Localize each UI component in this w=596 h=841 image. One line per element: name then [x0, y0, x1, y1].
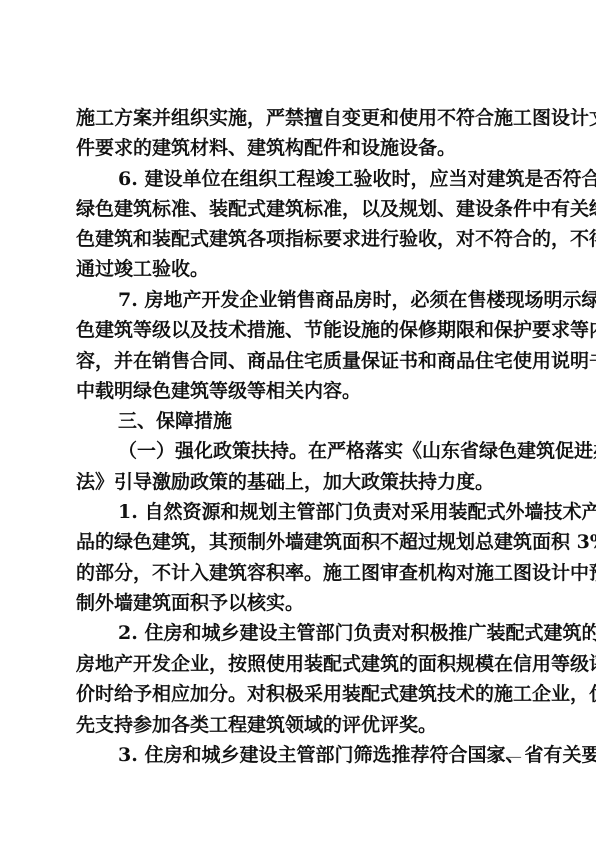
text-line: （一）强化政策扶持。在严格落实《山东省绿色建筑促进办: [118, 439, 522, 463]
text-line: 色建筑和装配式建筑各项指标要求进行验收，对不符合的，不得: [76, 227, 522, 251]
text-line: 7. 房地产开发企业销售商品房时，必须在售楼现场明示绿: [118, 288, 522, 312]
text-line: 的部分，不计入建筑容积率。施工图审查机构对施工图设计中预: [76, 561, 522, 585]
text-line: 色建筑等级以及技术措施、节能设施的保修期限和保护要求等内: [76, 318, 522, 342]
text-line: 2. 住房和城乡建设主管部门负责对积极推广装配式建筑的: [118, 621, 522, 645]
text-line: 6. 建设单位在组织工程竣工验收时，应当对建筑是否符合: [118, 167, 522, 191]
text-line: 房地产开发企业，按照使用装配式建筑的面积规模在信用等级评: [76, 652, 522, 676]
text-line: 价时给予相应加分。对积极采用装配式建筑技术的施工企业，优: [76, 682, 522, 706]
text-line: 3. 住房和城乡建设主管部门筛选推荐符合国家、省有关要: [118, 743, 522, 767]
text-line: 通过竣工验收。: [76, 257, 522, 281]
document-page: 施工方案并组织实施，严禁擅自变更和使用不符合施工图设计文件要求的建筑材料、建筑构…: [0, 0, 596, 841]
text-line: 容，并在销售合同、商品住宅质量保证书和商品住宅使用说明书: [76, 349, 522, 373]
text-line: 施工方案并组织实施，严禁擅自变更和使用不符合施工图设计文: [76, 106, 522, 130]
text-line: 1. 自然资源和规划主管部门负责对采用装配式外墙技术产: [118, 500, 522, 524]
text-line: 件要求的建筑材料、建筑构配件和设施设备。: [76, 136, 522, 160]
text-line: 中载明绿色建筑等级等相关内容。: [76, 379, 522, 403]
text-line: 先支持参加各类工程建筑领域的评优评奖。: [76, 713, 522, 737]
page-number: — 5 —: [476, 748, 521, 766]
text-line: 品的绿色建筑，其预制外墙建筑面积不超过规划总建筑面积 3%: [76, 530, 522, 554]
text-line: 绿色建筑标准、装配式建筑标准，以及规划、建设条件中有关绿: [76, 197, 522, 221]
text-line: 法》引导激励政策的基础上，加大政策扶持力度。: [76, 470, 522, 494]
text-line: 制外墙建筑面积予以核实。: [76, 591, 522, 615]
section-heading: 三、保障措施: [118, 409, 522, 433]
